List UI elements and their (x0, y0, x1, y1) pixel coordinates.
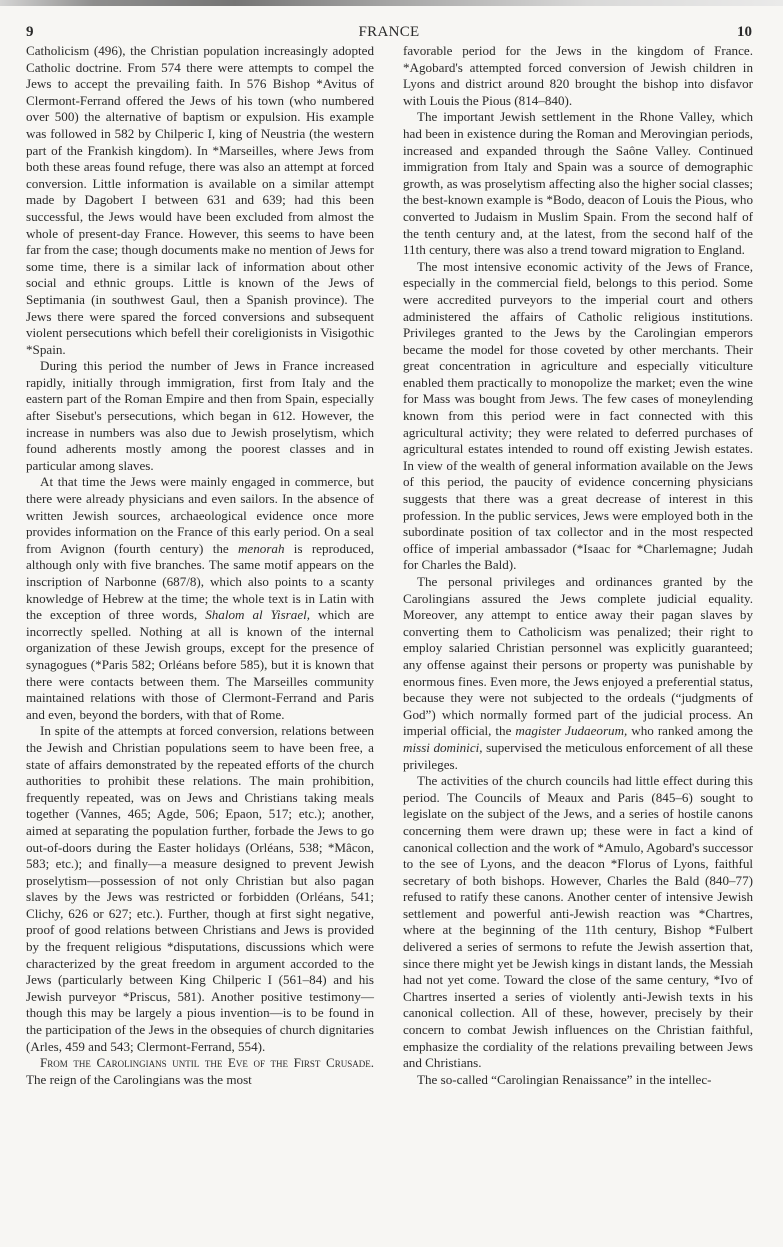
italic-term: missi dominici, (403, 740, 483, 755)
paragraph: From the Carolingians until the Eve of t… (26, 1055, 374, 1088)
paragraph: The activities of the church councils ha… (403, 773, 753, 1072)
italic-term: Shalom al Yisrael, (205, 607, 310, 622)
right-column: favorable period for the Jews in the kin… (403, 43, 753, 1088)
page-number-right: 10 (737, 23, 752, 41)
paragraph: favorable period for the Jews in the kin… (403, 43, 753, 109)
text-run: who ranked among the (627, 723, 753, 738)
text-run: The personal privileges and ordinances g… (403, 574, 753, 738)
running-header: 9 FRANCE 10 (26, 23, 752, 43)
scan-edge-shadow (0, 0, 783, 6)
paragraph: The so-called “Carolingian Renaissance” … (403, 1072, 753, 1089)
paragraph: Catholicism (496), the Christian populat… (26, 43, 374, 358)
paragraph: The personal privileges and ordinances g… (403, 574, 753, 773)
paragraph: At that time the Jews were mainly engage… (26, 474, 374, 723)
left-column: Catholicism (496), the Christian populat… (26, 43, 374, 1088)
text-run: which are incorrectly spelled. Nothing a… (26, 607, 374, 722)
paragraph: During this period the number of Jews in… (26, 358, 374, 474)
section-heading: From the Carolingians until the Eve of t… (40, 1055, 374, 1070)
paragraph: The important Jewish settlement in the R… (403, 109, 753, 258)
paragraph: The most intensive economic activity of … (403, 259, 753, 574)
running-title: FRANCE (26, 23, 752, 41)
text-run: The reign of the Carolingians was the mo… (26, 1072, 252, 1087)
italic-term: menorah (238, 541, 285, 556)
italic-term: magister Judaeorum, (515, 723, 627, 738)
paragraph: In spite of the attempts at forced conve… (26, 723, 374, 1055)
